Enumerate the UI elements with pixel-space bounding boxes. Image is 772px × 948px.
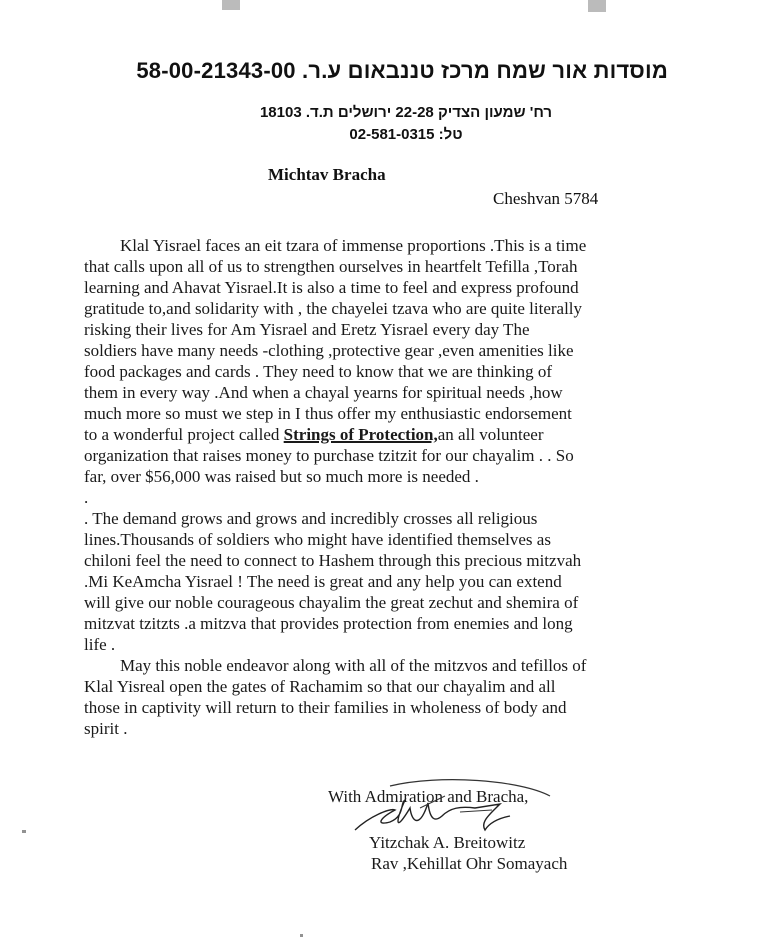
body-line: far, over $56,000 was raised but so much… <box>84 466 624 487</box>
body-line: life . <box>84 634 624 655</box>
organization-name: מוסדות אור שמח מרכז טננבאום ע.ר. 58-00-2… <box>96 58 668 84</box>
scan-artifact <box>588 0 606 12</box>
body-line: Klal Yisreal open the gates of Rachamim … <box>84 676 624 697</box>
body-line: will give our noble courageous chayalim … <box>84 592 624 613</box>
body-line: risking their lives for Am Yisrael and E… <box>84 319 624 340</box>
letter-date: Cheshvan 5784 <box>493 189 598 209</box>
project-line-suffix: an all volunteer <box>438 425 544 444</box>
project-line-prefix: to a wonderful project called <box>84 425 284 444</box>
body-line: organization that raises money to purcha… <box>84 445 624 466</box>
body-line: mitzvat tzitzts .a mitzva that provides … <box>84 613 624 634</box>
body-line: . The demand grows and grows and incredi… <box>84 508 624 529</box>
body-line: much more so must we step in I thus offe… <box>84 403 624 424</box>
organization-phone: טל: 02-581-0315 <box>20 126 772 143</box>
body-line: that calls upon all of us to strengthen … <box>84 256 624 277</box>
scan-artifact <box>22 830 26 833</box>
scan-artifact <box>300 934 303 937</box>
scan-artifact <box>222 0 240 10</box>
body-line: Klal Yisrael faces an eit tzara of immen… <box>84 235 624 256</box>
letter-body: Klal Yisrael faces an eit tzara of immen… <box>84 235 624 739</box>
body-line: soldiers have many needs -clothing ,prot… <box>84 340 624 361</box>
body-line: spirit . <box>84 718 624 739</box>
organization-address: רח' שמעון הצדיק 22-28 ירושלים ת.ד. 18103 <box>20 104 772 121</box>
signer-title: Rav ,Kehillat Ohr Somayach <box>371 854 567 874</box>
letter-subject: Michtav Bracha <box>268 165 386 185</box>
project-line: to a wonderful project called Strings of… <box>84 424 624 445</box>
separator-dot: . <box>84 487 624 508</box>
body-line: those in captivity will return to their … <box>84 697 624 718</box>
body-line: lines.Thousands of soldiers who might ha… <box>84 529 624 550</box>
body-line: chiloni feel the need to connect to Hash… <box>84 550 624 571</box>
body-line: food packages and cards . They need to k… <box>84 361 624 382</box>
body-line: learning and Ahavat Yisrael.It is also a… <box>84 277 624 298</box>
body-line: them in every way .And when a chayal yea… <box>84 382 624 403</box>
body-line: gratitude to,and solidarity with , the c… <box>84 298 624 319</box>
project-name: Strings of Protection, <box>284 425 438 444</box>
body-line: May this noble endeavor along with all o… <box>84 655 624 676</box>
body-line: .Mi KeAmcha Yisrael ! The need is great … <box>84 571 624 592</box>
signer-name: Yitzchak A. Breitowitz <box>369 833 525 853</box>
